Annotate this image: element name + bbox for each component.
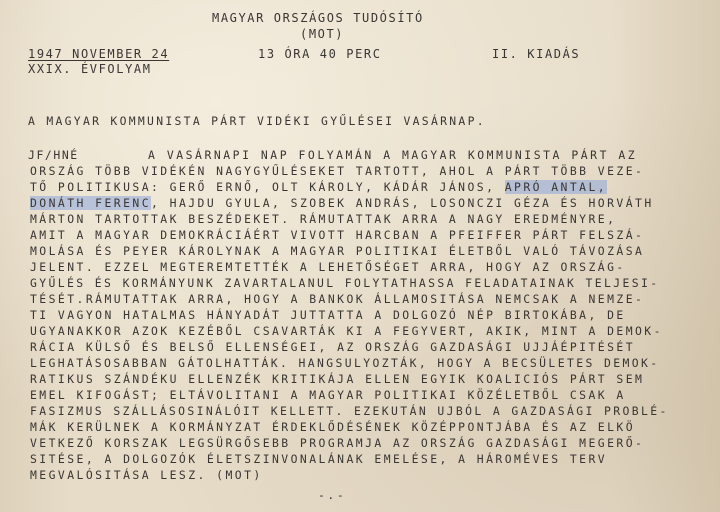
body-text: megvalósitása lesz. (MOT)	[30, 468, 263, 482]
time: 13 óra 40 perc	[258, 47, 382, 61]
body-text: emel kifogást; eltávolitani a magyar pol…	[30, 388, 626, 402]
highlighted-name: Donáth Ferenc	[30, 196, 151, 210]
highlighted-name: Apró Antal,	[505, 180, 607, 194]
body-text: , Hajdu Gyula, Szobek András, Losonczi G…	[151, 196, 654, 210]
body-line: Márton tartottak beszédeket. Rámutattak …	[30, 212, 616, 226]
body-line: Donáth Ferenc, Hajdu Gyula, Szobek Andrá…	[30, 196, 654, 210]
body-text: tő politikusa: Gerő Ernő, Olt Károly, Ká…	[30, 180, 505, 194]
body-text: amit a magyar demokráciáért vivott harcb…	[30, 228, 644, 242]
body-line: gyűlés és kormányunk zavartalanul folyta…	[30, 276, 660, 290]
body-text: sitése, a dolgozók életszinvonalának eme…	[30, 452, 607, 466]
body-text: leghatásosabban gátolhatták. Hangsulyozt…	[30, 356, 660, 370]
body-line: sitése, a dolgozók életszinvonalának eme…	[30, 452, 607, 466]
body-line: jelent. Ezzel megteremtették a lehetőség…	[30, 260, 626, 274]
article-title: A Magyar Kommunista Párt vidéki gyűlései…	[28, 114, 486, 128]
body-line: tő politikusa: Gerő Ernő, Olt Károly, Ká…	[30, 180, 607, 194]
end-mark: -.-	[318, 488, 346, 502]
body-text: vetkező korszak legsürgősebb programja a…	[30, 436, 644, 450]
body-line: ti vagyon hatalmas hányadát juttatta a d…	[30, 308, 626, 322]
body-text: ország több vidékén nagygyűléseket tarto…	[30, 164, 644, 178]
body-line: molása és Peyer Károlynak a magyar polit…	[30, 244, 644, 258]
body-text: ratikus szándéku ellenzék kritikája elle…	[30, 372, 644, 386]
body-line: rácia külső és belső ellenségei, az orsz…	[30, 340, 635, 354]
body-text: tését.Rámutattak arra, hogy a bankok áll…	[30, 292, 644, 306]
volume: XXIX. évfolyam	[28, 62, 152, 76]
date: 1947 november 24	[28, 47, 169, 61]
body-line: vetkező korszak legsürgősebb programja a…	[30, 436, 644, 450]
body-line: A vasárnapi nap folyamán a Magyar Kommun…	[148, 148, 637, 162]
body-line: mák kerülnek a kormányzat érdeklődésének…	[30, 420, 635, 434]
body-line: ugyanakkor azok kezéből csavarták ki a f…	[30, 324, 663, 338]
edition: II. kiadás	[492, 47, 580, 61]
body-line: fasizmus szállásosinálóit kellett. Ezeku…	[30, 404, 669, 418]
agency-abbrev: (MOT)	[300, 27, 344, 41]
body-text: fasizmus szállásosinálóit kellett. Ezeku…	[30, 404, 669, 418]
body-text: A vasárnapi nap folyamán a Magyar Kommun…	[148, 148, 637, 162]
body-line: ratikus szándéku ellenzék kritikája elle…	[30, 372, 644, 386]
body-line: leghatásosabban gátolhatták. Hangsulyozt…	[30, 356, 660, 370]
body-text: ugyanakkor azok kezéből csavarták ki a f…	[30, 324, 663, 338]
body-text: mák kerülnek a kormányzat érdeklődésének…	[30, 420, 635, 434]
body-text: rácia külső és belső ellenségei, az orsz…	[30, 340, 635, 354]
agency-name: Magyar Országos Tudósító	[212, 11, 424, 25]
author-code: JF/Hné	[28, 148, 79, 162]
body-text: gyűlés és kormányunk zavartalanul folyta…	[30, 276, 660, 290]
body-line: megvalósitása lesz. (MOT)	[30, 468, 263, 482]
body-line: emel kifogást; eltávolitani a magyar pol…	[30, 388, 626, 402]
body-line: ország több vidékén nagygyűléseket tarto…	[30, 164, 644, 178]
body-text: Márton tartottak beszédeket. Rámutattak …	[30, 212, 616, 226]
body-text: molása és Peyer Károlynak a magyar polit…	[30, 244, 644, 258]
body-text: jelent. Ezzel megteremtették a lehetőség…	[30, 260, 626, 274]
body-line: amit a magyar demokráciáért vivott harcb…	[30, 228, 644, 242]
body-text: ti vagyon hatalmas hányadát juttatta a d…	[30, 308, 626, 322]
body-line: tését.Rámutattak arra, hogy a bankok áll…	[30, 292, 644, 306]
